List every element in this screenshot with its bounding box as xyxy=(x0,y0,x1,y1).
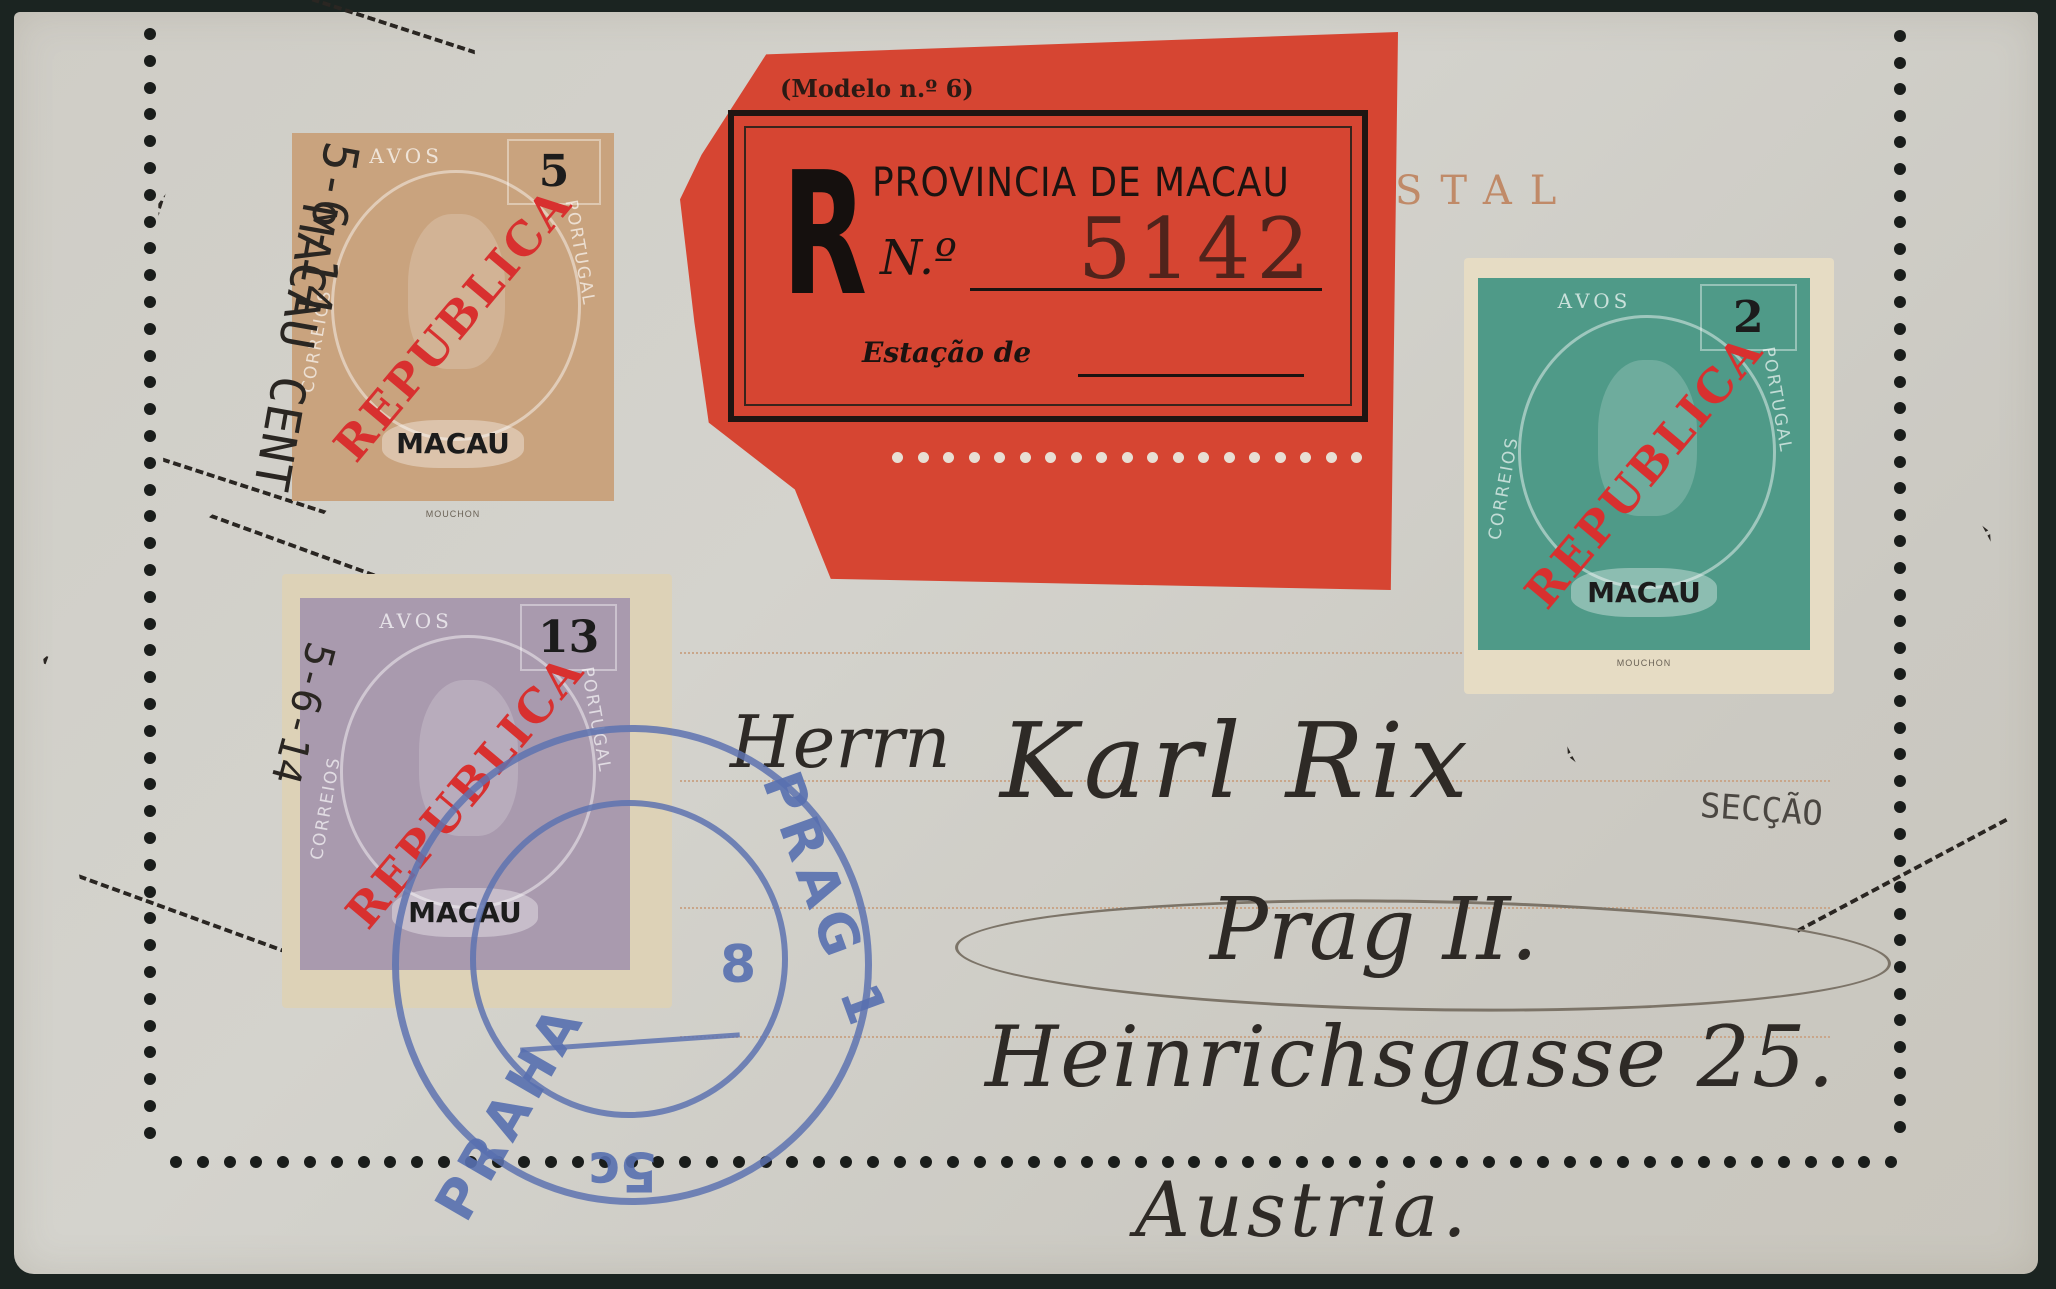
registration-number-label: N.º xyxy=(880,230,957,286)
stamp-country: MACAU xyxy=(1571,568,1717,616)
stamp-currency: AVOS xyxy=(379,609,453,633)
stamp-2-avos: AVOS 2 CORREIOS PORTUGAL MACAU REPUBLICA… xyxy=(1478,278,1810,650)
stamp-country: MACAU xyxy=(382,420,524,468)
prague-postmark-bottom: 5c xyxy=(588,1140,658,1203)
stamp-imprint: MOUCHON xyxy=(292,509,614,519)
registration-number: 5142 xyxy=(1078,200,1316,298)
address-street: Heinrichsgasse 25. xyxy=(985,1008,1836,1106)
stamp-currency: AVOS xyxy=(1558,289,1632,313)
registration-letter: R xyxy=(782,150,867,320)
card-title: STAL xyxy=(1395,168,1574,214)
stamp-side-left: CORREIOS xyxy=(307,755,345,862)
address-name: Karl Rix xyxy=(1000,700,1474,822)
stamp-currency: AVOS xyxy=(369,144,443,168)
address-country: Austria. xyxy=(1135,1165,1470,1254)
registration-station-line xyxy=(1078,374,1304,377)
address-city: Prag II. xyxy=(1210,880,1538,980)
stamp-imprint: MOUCHON xyxy=(1478,658,1810,668)
macau-postmark-section: SECÇÃO xyxy=(1699,786,1824,834)
stamp-side-left: CORREIOS xyxy=(1485,435,1523,542)
prague-postmark-day: 8 xyxy=(720,935,756,995)
registration-header: (Modelo n.º 6) xyxy=(780,74,974,103)
registration-station-label: Estação de xyxy=(862,336,1031,369)
